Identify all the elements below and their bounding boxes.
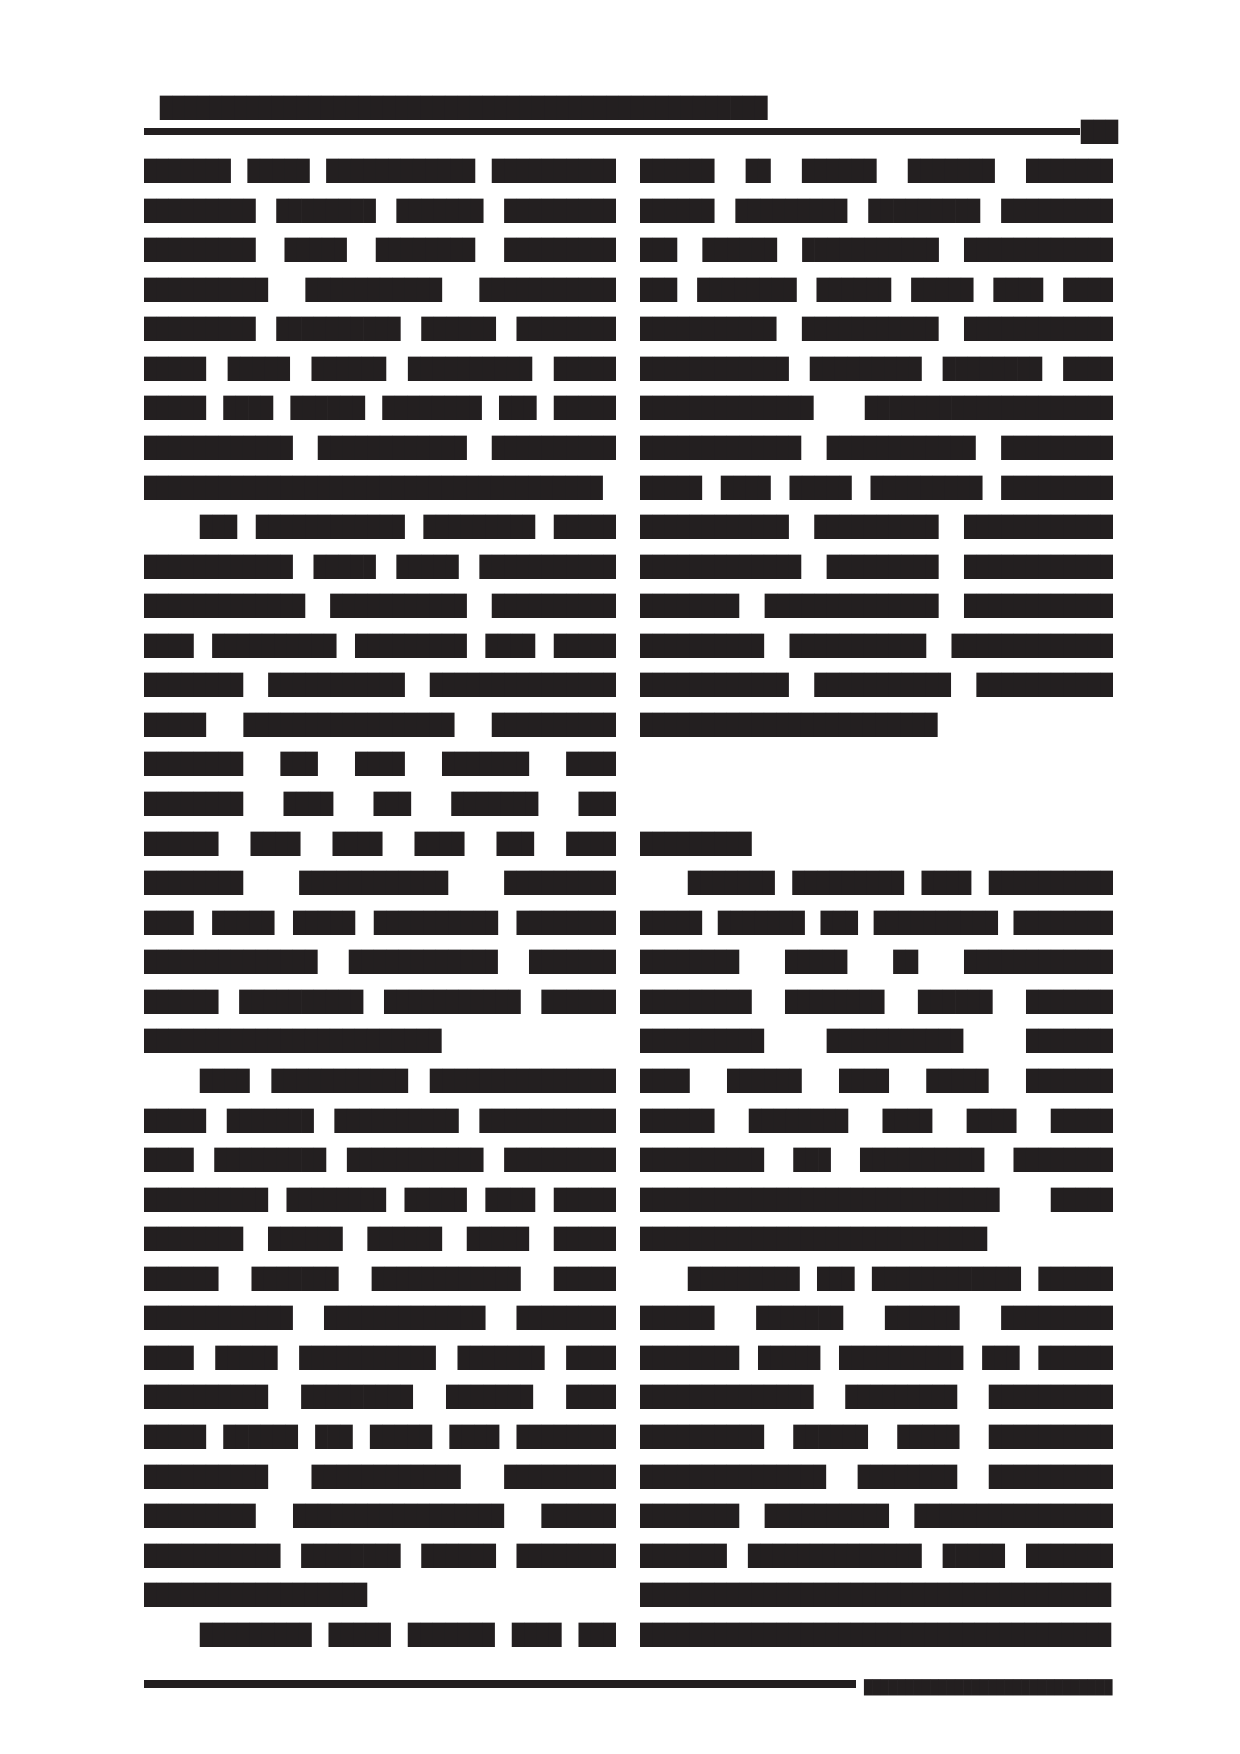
text-line: ███████ █████████ ████ ██████████ bbox=[640, 864, 1113, 904]
text-line: ████████ ████ ███ ███████ ███ bbox=[144, 785, 616, 825]
text-line: ███████████ ███████████ ████████████ bbox=[640, 310, 1113, 350]
text-line: ██████ ██ ██████ ███████ ███████ bbox=[640, 152, 1113, 192]
text-line: ██████████ ███ ██████████ ████████ bbox=[640, 1141, 1113, 1181]
text-line: ████████ █████ ██████████ ███ ██████ bbox=[640, 1339, 1113, 1379]
text-line: ██████ ███████ ████████████ █████ bbox=[144, 1260, 616, 1300]
text-line: █████████████ ███████████ ██████████ bbox=[144, 587, 616, 627]
text-line: █████████ ███ ████████████ ██████ bbox=[640, 1260, 1113, 1300]
text-line: ███████ ██████████████ █████ ███████ bbox=[640, 1537, 1113, 1577]
text-line: ██████████ ████████████ █████████ bbox=[144, 1458, 616, 1498]
text-line: █████████████ ████████████ █████████ bbox=[640, 429, 1113, 469]
text-line: ██████████████ ████████████████████ bbox=[640, 389, 1113, 429]
text-line: █████ █████ ██████ ██████████ █████ bbox=[144, 350, 616, 390]
text-line: ███ ██████ ███████████ ████████████ bbox=[640, 231, 1113, 271]
text-line: █████████████████████████████████████ bbox=[144, 469, 616, 509]
text-line: █████ ██████ ███ █████ ████ ████████ bbox=[144, 1418, 616, 1458]
text-line: ██████████ ███████████ █████████████ bbox=[640, 627, 1113, 667]
footer-text: ██████████████████████████████ bbox=[864, 1680, 1112, 1696]
text-line: ████ ██████████ █████████ ████ █████ bbox=[144, 627, 616, 667]
text-line: █████ █████████████████ ██████████ bbox=[144, 706, 616, 746]
text-line: █████████ ██████████ ██████ ████████ bbox=[144, 310, 616, 350]
text-line: ████████████ ███████████ ███████████ bbox=[640, 666, 1113, 706]
text-line: █████ ███████ ██████████ ███████████ bbox=[144, 1102, 616, 1142]
text-line: ███████ █████ ████████████ ██████████ bbox=[144, 152, 616, 192]
text-line: █████ ███████ ███ ██████████ ████████ bbox=[640, 904, 1113, 944]
running-header: ████████████████████████████████████████… bbox=[160, 96, 768, 120]
document-page: ████████████████████████████████████████… bbox=[0, 0, 1240, 1754]
text-line: ███ ████████ ██████ █████ ████ ████ bbox=[640, 271, 1113, 311]
right-text-column: ██████ ██ ██████ ███████ █████████████ █… bbox=[640, 152, 1113, 1655]
text-line: ██████████████ ████████████ ███████ bbox=[144, 943, 616, 983]
text-line: ████████████████████████ bbox=[640, 706, 1113, 746]
text-line: ██████████████████████████████████████ bbox=[640, 1576, 1113, 1616]
text-line: █████████ █████ ████████ █████████ bbox=[144, 231, 616, 271]
text-line: ████████████████████████ bbox=[144, 1022, 616, 1062]
text-line: ██████ █████████ █████████ █████████ bbox=[640, 192, 1113, 232]
text-line: ████████ ██████████████ ████████████ bbox=[640, 587, 1113, 627]
text-line: ██████████████████ bbox=[144, 1576, 616, 1616]
text-line: █████████ ████████ ███████ █████████ bbox=[144, 192, 616, 232]
text-line: ████████████ ████████████ ██████████ bbox=[144, 429, 616, 469]
text-line: █████████████████████████████ █████ bbox=[640, 1181, 1113, 1221]
text-line: ████████████ ██████████ ████████████ bbox=[640, 508, 1113, 548]
text-line: █████████ ████████ ██████ ███████ bbox=[640, 983, 1113, 1023]
text-line: ████████████ █████ █████ ███████████ bbox=[144, 548, 616, 588]
text-line: █████ ████ █████ █████████ █████████ bbox=[640, 469, 1113, 509]
text-line: ████████ ████████████ █████████ bbox=[144, 864, 616, 904]
text-line: ██████ ███████ ██████ █████████ bbox=[640, 1299, 1113, 1339]
text-line: ████████████ █████████ ████████ ████ bbox=[640, 350, 1113, 390]
text-line: ████████ ██████████ ████████████████ bbox=[640, 1497, 1113, 1537]
text-line: ██████ ██████████ ███████████ ██████ bbox=[144, 983, 616, 1023]
text-line: ██████████ ██████ █████ ██████████ bbox=[640, 1418, 1113, 1458]
text-line: █████ ████ ██████ ████████ ███ █████ bbox=[144, 389, 616, 429]
text-line: ████ █████████ ███████████ █████████ bbox=[144, 1141, 616, 1181]
text-line: ████ █████ ███████████ ███████ ████ bbox=[144, 1339, 616, 1379]
text-line: ██████████████████████████████████████ bbox=[640, 1616, 1113, 1656]
text-line: ███████████████ ████████ ██████████ bbox=[640, 1458, 1113, 1498]
text-line: ████████████ █████████████ ████████ bbox=[144, 1299, 616, 1339]
text-line: █████████ █████ ███████ ████ ███ bbox=[144, 1616, 616, 1656]
text-line: ██████████ █████████ ███████ ████ bbox=[144, 1378, 616, 1418]
text-line: ████ ██████ ████ █████ ███████ bbox=[640, 1062, 1113, 1102]
text-line: ████ ███████████ ███████████████ bbox=[144, 1062, 616, 1102]
text-line: ████████ ███████████ ███████████████ bbox=[144, 666, 616, 706]
text-line: ██████ ████ ████ ████ ███ ████ bbox=[144, 825, 616, 865]
text-line: ███████████ ████████ ██████ ████████ bbox=[144, 1537, 616, 1577]
text-line: ██████████ ███████████ ███████ bbox=[640, 1022, 1113, 1062]
text-line: ████████ ██████ ██████ █████ █████ bbox=[144, 1220, 616, 1260]
text-line: ██████████ ████████ █████ ████ █████ bbox=[144, 1181, 616, 1221]
left-text-column: ███████ █████ ████████████ █████████████… bbox=[144, 152, 616, 1655]
footer-rule bbox=[144, 1680, 856, 1688]
header-rule bbox=[144, 128, 1080, 135]
text-line: █████████ █████████████████ ██████ bbox=[144, 1497, 616, 1537]
text-line: █████████████ █████████ ████████████ bbox=[640, 548, 1113, 588]
text-line: ████████ ███ ████ ███████ ████ bbox=[144, 745, 616, 785]
text-line: ████████████████████████████ bbox=[640, 1220, 1113, 1260]
blank-line bbox=[640, 785, 1113, 825]
page-number: ███ bbox=[1081, 120, 1118, 144]
section-heading: █████████ bbox=[640, 825, 1113, 865]
text-line: ██████████████ █████████ ██████████ bbox=[640, 1378, 1113, 1418]
text-line: ██████████ ███████████ ███████████ bbox=[144, 271, 616, 311]
text-line: ██████ ████████ ████ ████ █████ bbox=[640, 1102, 1113, 1142]
text-line: ████████ █████ ██ ████████████ bbox=[640, 943, 1113, 983]
text-line: ███ ████████████ █████████ █████ bbox=[144, 508, 616, 548]
blank-line bbox=[640, 745, 1113, 785]
text-line: ████ █████ █████ ██████████ ████████ bbox=[144, 904, 616, 944]
